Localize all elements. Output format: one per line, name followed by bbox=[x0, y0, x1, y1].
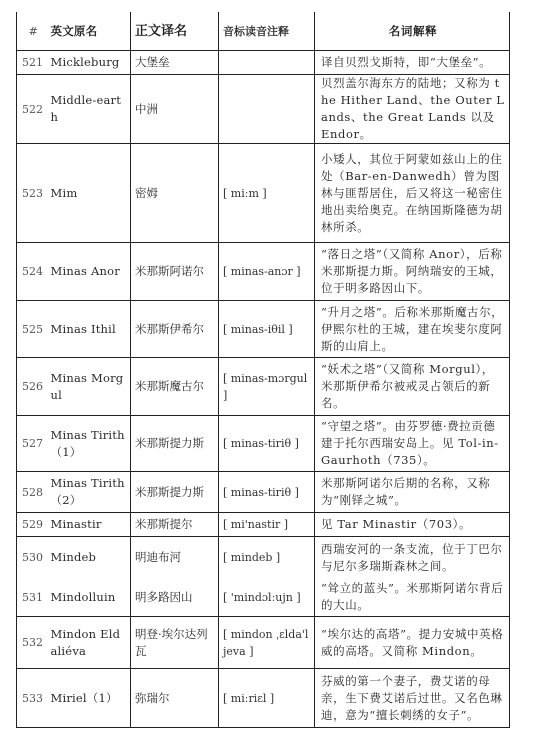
table-row: 533 Miriel（1） 弥瑞尔 [ miːriɛl ] 芬威的第一个妻子，费… bbox=[17, 669, 510, 728]
english-name: Minastir bbox=[47, 513, 131, 537]
pronunciation bbox=[219, 75, 315, 144]
table-row: 531 Mindolluin 明多路因山 [ 'mindɔlːujn ] “耸立… bbox=[17, 579, 510, 617]
pronunciation: [ miːm ] bbox=[219, 144, 315, 243]
english-name: Mindeb bbox=[47, 537, 131, 579]
row-number: 525 bbox=[17, 301, 47, 358]
definition: 小矮人，其位于阿蒙如兹山上的住处（Bar-en-Danwedh）曾为图林与匪帮居… bbox=[315, 144, 510, 243]
chinese-name: 密姆 bbox=[131, 144, 219, 243]
pronunciation: [ minas-iθil ] bbox=[219, 301, 315, 358]
definition: “埃尔达的高塔”。提力安城中英格威的高塔。又简称 Mindon。 bbox=[315, 617, 510, 669]
header-chinese-name: 正文译名 bbox=[131, 12, 219, 51]
chinese-name: 米那斯提力斯 bbox=[131, 416, 219, 472]
pronunciation: [ mindeb ] bbox=[219, 537, 315, 579]
chinese-name: 米那斯魔古尔 bbox=[131, 358, 219, 416]
row-number: 527 bbox=[17, 416, 47, 472]
row-number: 532 bbox=[17, 617, 47, 669]
english-name: Minas Morgul bbox=[47, 358, 131, 416]
chinese-name: 大堡垒 bbox=[131, 51, 219, 75]
header-number: # bbox=[17, 12, 47, 51]
chinese-name: 弥瑞尔 bbox=[131, 669, 219, 728]
table-row: 524 Minas Anor 米那斯阿诺尔 [ minas-anɔr ] “落日… bbox=[17, 243, 510, 301]
pronunciation: [ mindon ˌɛlda'ljeva ] bbox=[219, 617, 315, 669]
definition: 贝烈盖尔海东方的陆地；又称为 the Hither Land、the Outer… bbox=[315, 75, 510, 144]
english-name: Minas Tirith（1） bbox=[47, 416, 131, 472]
glossary-table: # 英文原名 正文译名 音标读音注释 名词解释 521 Mickleburg 大… bbox=[16, 12, 510, 728]
pronunciation: [ minas-tiriθ ] bbox=[219, 472, 315, 513]
english-name: Mindolluin bbox=[47, 579, 131, 617]
definition: “升月之塔”。后称米那斯魔古尔，伊熙尔杜的王城，建在埃斐尔度阿斯的山肩上。 bbox=[315, 301, 510, 358]
row-number: 524 bbox=[17, 243, 47, 301]
table-row: 523 Mim 密姆 [ miːm ] 小矮人，其位于阿蒙如兹山上的住处（Bar… bbox=[17, 144, 510, 243]
pronunciation: [ 'mindɔlːujn ] bbox=[219, 579, 315, 617]
chinese-name: 明登·埃尔达列瓦 bbox=[131, 617, 219, 669]
pronunciation: [ minas-anɔr ] bbox=[219, 243, 315, 301]
definition: 西瑞安河的一条支流，位于丁巴尔与尼尔多瑞斯森林之间。 bbox=[315, 537, 510, 579]
table-row: 532 Mindon Eldaliéva 明登·埃尔达列瓦 [ mindon ˌ… bbox=[17, 617, 510, 669]
pronunciation: [ mi'nastir ] bbox=[219, 513, 315, 537]
table-row: 522 Middle-earth 中洲 贝烈盖尔海东方的陆地；又称为 the H… bbox=[17, 75, 510, 144]
chinese-name: 明迪布河 bbox=[131, 537, 219, 579]
table-row: 528 Minas Tirith（2） 米那斯提力斯 [ minas-tiriθ… bbox=[17, 472, 510, 513]
row-number: 529 bbox=[17, 513, 47, 537]
header-english-name: 英文原名 bbox=[47, 12, 131, 51]
row-number: 531 bbox=[17, 579, 47, 617]
definition: 芬威的第一个妻子，费艾诺的母亲，生下费艾诺后过世。又名色琳迪，意为“擅长刺绣的女… bbox=[315, 669, 510, 728]
chinese-name: 米那斯提尔 bbox=[131, 513, 219, 537]
definition: “守望之塔”。由芬罗德·费拉贡德建于托尔西瑞安岛上。见 Tol-in-Gaurh… bbox=[315, 416, 510, 472]
pronunciation bbox=[219, 51, 315, 75]
english-name: Mim bbox=[47, 144, 131, 243]
pronunciation: [ minas-tiriθ ] bbox=[219, 416, 315, 472]
row-number: 521 bbox=[17, 51, 47, 75]
english-name: Mickleburg bbox=[47, 51, 131, 75]
english-name: Minas Tirith（2） bbox=[47, 472, 131, 513]
english-name: Miriel（1） bbox=[47, 669, 131, 728]
chinese-name: 中洲 bbox=[131, 75, 219, 144]
english-name: Minas Ithil bbox=[47, 301, 131, 358]
definition: 米那斯阿诺尔后期的名称，又称为“刚铎之城”。 bbox=[315, 472, 510, 513]
definition: “耸立的蓝头”。米那斯阿诺尔背后的大山。 bbox=[315, 579, 510, 617]
row-number: 523 bbox=[17, 144, 47, 243]
table-row: 521 Mickleburg 大堡垒 译自贝烈戈斯特，即“大堡垒”。 bbox=[17, 51, 510, 75]
glossary-page: # 英文原名 正文译名 音标读音注释 名词解释 521 Mickleburg 大… bbox=[16, 12, 509, 728]
chinese-name: 米那斯阿诺尔 bbox=[131, 243, 219, 301]
table-row: 529 Minastir 米那斯提尔 [ mi'nastir ] 见 Tar M… bbox=[17, 513, 510, 537]
row-number: 528 bbox=[17, 472, 47, 513]
chinese-name: 明多路因山 bbox=[131, 579, 219, 617]
english-name: Minas Anor bbox=[47, 243, 131, 301]
table-row: 530 Mindeb 明迪布河 [ mindeb ] 西瑞安河的一条支流，位于丁… bbox=[17, 537, 510, 579]
header-row: # 英文原名 正文译名 音标读音注释 名词解释 bbox=[17, 12, 510, 51]
definition: 见 Tar Minastir（703）。 bbox=[315, 513, 510, 537]
definition: “妖术之塔”（又简称 Morgul），米那斯伊希尔被戒灵占领后的新名。 bbox=[315, 358, 510, 416]
header-definition: 名词解释 bbox=[315, 12, 510, 51]
definition: 译自贝烈戈斯特，即“大堡垒”。 bbox=[315, 51, 510, 75]
row-number: 522 bbox=[17, 75, 47, 144]
table-row: 527 Minas Tirith（1） 米那斯提力斯 [ minas-tiriθ… bbox=[17, 416, 510, 472]
table-row: 526 Minas Morgul 米那斯魔古尔 [ minas-mɔrgul ]… bbox=[17, 358, 510, 416]
pronunciation: [ miːriɛl ] bbox=[219, 669, 315, 728]
row-number: 533 bbox=[17, 669, 47, 728]
english-name: Middle-earth bbox=[47, 75, 131, 144]
definition: “落日之塔”（又简称 Anor），后称米那斯提力斯。阿纳瑞安的王城，位于明多路因… bbox=[315, 243, 510, 301]
chinese-name: 米那斯伊希尔 bbox=[131, 301, 219, 358]
table-row: 525 Minas Ithil 米那斯伊希尔 [ minas-iθil ] “升… bbox=[17, 301, 510, 358]
row-number: 526 bbox=[17, 358, 47, 416]
chinese-name: 米那斯提力斯 bbox=[131, 472, 219, 513]
header-pronunciation: 音标读音注释 bbox=[219, 12, 315, 51]
row-number: 530 bbox=[17, 537, 47, 579]
english-name: Mindon Eldaliéva bbox=[47, 617, 131, 669]
pronunciation: [ minas-mɔrgul ] bbox=[219, 358, 315, 416]
